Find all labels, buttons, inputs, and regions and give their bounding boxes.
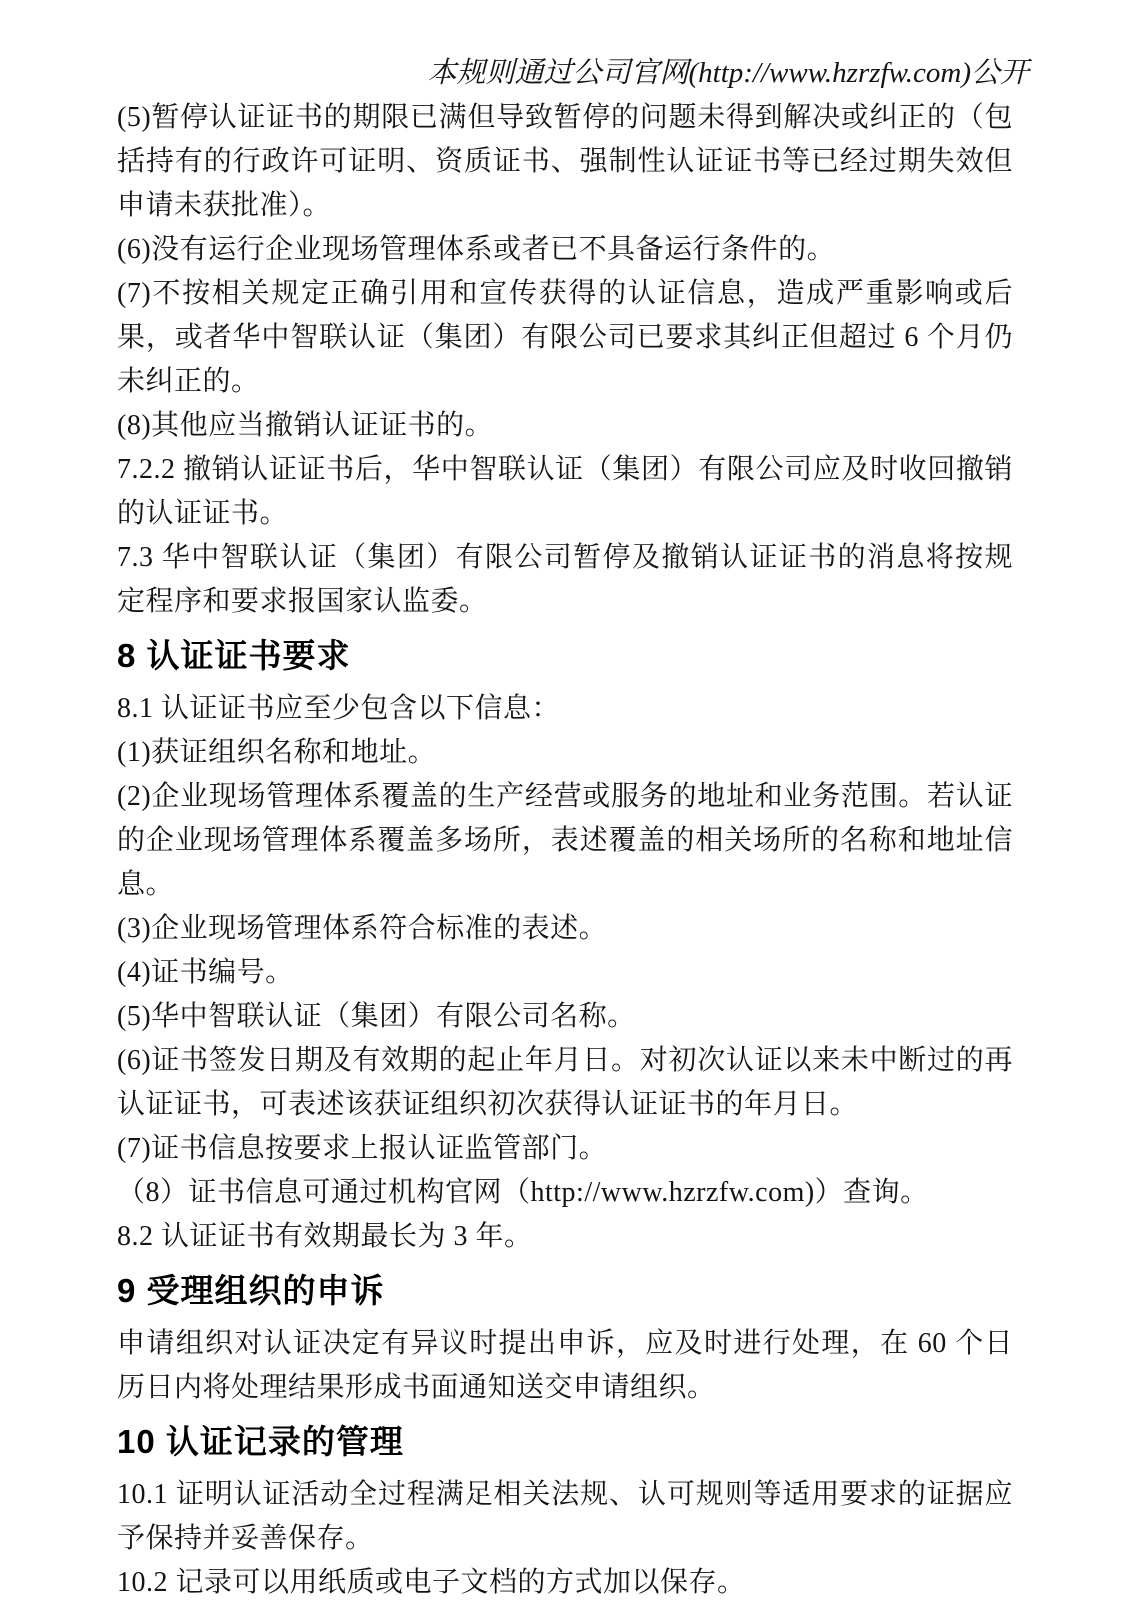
clause-9-appeal-handling: 申请组织对认证决定有异议时提出申诉，应及时进行处理，在 60 个日历日内将处理结… <box>117 1322 1013 1410</box>
page-header-note: 本规则通过公司官网(http://www.hzrzfw.com)公开 <box>117 50 1029 96</box>
clause-8-1-certificate-info-intro: 8.1 认证证书应至少包含以下信息： <box>117 687 1013 731</box>
section-10-heading: 10 认证记录的管理 <box>117 1417 1013 1467</box>
item-4-certificate-number: (4)证书编号。 <box>117 951 1013 995</box>
document-page: 本规则通过公司官网(http://www.hzrzfw.com)公开 (5)暂停… <box>0 0 1131 1600</box>
clause-7-3-report-cnca: 7.3 华中智联认证（集团）有限公司暂停及撤销认证证书的消息将按规定程序和要求报… <box>117 536 1013 624</box>
item-7-report-to-regulator: (7)证书信息按要求上报认证监管部门。 <box>117 1127 1013 1171</box>
item-5-company-name: (5)华中智联认证（集团）有限公司名称。 <box>117 995 1013 1039</box>
clause-7-misuse-cert-info: (7)不按相关规定正确引用和宣传获得的认证信息，造成严重影响或后果，或者华中智联… <box>117 272 1013 404</box>
clause-7-2-2-recall-certificate: 7.2.2 撤销认证证书后，华中智联认证（集团）有限公司应及时收回撤销的认证证书… <box>117 448 1013 536</box>
section-9-heading: 9 受理组织的申诉 <box>117 1266 1013 1316</box>
clause-8-2-validity-period: 8.2 认证证书有效期最长为 3 年。 <box>117 1215 1013 1259</box>
document-body: (5)暂停认证证书的期限已满但导致暂停的问题未得到解决或纠正的（包括持有的行政许… <box>117 96 1013 1600</box>
item-1-org-name-address: (1)获证组织名称和地址。 <box>117 731 1013 775</box>
item-8-query-official-site: （8）证书信息可通过机构官网（http://www.hzrzfw.com)）查询… <box>117 1171 1013 1215</box>
clause-6-no-system-operation: (6)没有运行企业现场管理体系或者已不具备运行条件的。 <box>117 228 1013 272</box>
clause-10-2-record-format: 10.2 记录可以用纸质或电子文档的方式加以保存。 <box>117 1561 1013 1600</box>
clause-5-suspension-expired: (5)暂停认证证书的期限已满但导致暂停的问题未得到解决或纠正的（包括持有的行政许… <box>117 96 1013 228</box>
item-6-issue-validity-dates: (6)证书签发日期及有效期的起止年月日。对初次认证以来未中断过的再认证证书，可表… <box>117 1039 1013 1127</box>
clause-8-other-revocation: (8)其他应当撤销认证证书的。 <box>117 404 1013 448</box>
section-8-heading: 8 认证证书要求 <box>117 631 1013 681</box>
item-2-coverage-scope: (2)企业现场管理体系覆盖的生产经营或服务的地址和业务范围。若认证的企业现场管理… <box>117 775 1013 907</box>
item-3-standard-conformity: (3)企业现场管理体系符合标准的表述。 <box>117 907 1013 951</box>
clause-10-1-evidence-retention: 10.1 证明认证活动全过程满足相关法规、认可规则等适用要求的证据应予保持并妥善… <box>117 1473 1013 1561</box>
